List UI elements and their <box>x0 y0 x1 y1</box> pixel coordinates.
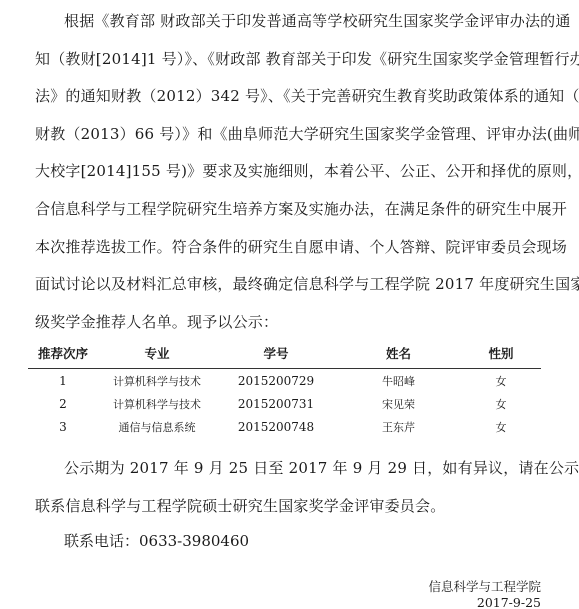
recommendation-table: 推荐次序 专业 学号 姓名 性别 1 计算机科学与技术 2015200729 牛… <box>28 338 541 438</box>
header-gender: 性别 <box>461 338 541 369</box>
cell-rank: 2 <box>28 392 98 415</box>
table-row: 1 计算机科学与技术 2015200729 牛昭峰 女 <box>28 369 541 393</box>
cell-gender: 女 <box>461 369 541 393</box>
intro-line: 合信息科学与工程学院研究生培养方案及实施办法，在满足条件的研究生中展开 <box>35 191 545 229</box>
header-rank: 推荐次序 <box>28 338 98 369</box>
cell-student-id: 2015200729 <box>216 369 336 393</box>
signature-organization: 信息科学与工程学院 <box>428 577 541 595</box>
table-header-row: 推荐次序 专业 学号 姓名 性别 <box>28 338 541 369</box>
intro-line: 本次推荐选拔工作。符合条件的研究生自愿申请、个人答辩、院评审委员会现场 <box>35 229 545 267</box>
cell-name: 牛昭峰 <box>336 369 461 393</box>
cell-gender: 女 <box>461 415 541 438</box>
intro-line: 根据《教育部 财政部关于印发普通高等学校研究生国家奖学金评审办法的通 <box>35 3 545 41</box>
intro-line: 面试讨论以及材料汇总审核，最终确定信息科学与工程学院 2017 年度研究生国家 <box>35 266 545 304</box>
intro-line: 财教（2013）66 号）》和《曲阜师范大学研究生国家奖学金管理、评审办法(曲师 <box>35 116 545 154</box>
cell-major: 计算机科学与技术 <box>98 369 216 393</box>
intro-line: 法》的通知财教（2012）342 号》、《关于完善研究生教育奖助政策体系的通知（… <box>35 78 545 116</box>
intro-line: 大校字[2014]155 号)》要求及实施细则，本着公平、公正、公开和择优的原则… <box>35 153 545 191</box>
contact-phone: 联系电话：0633-3980460 <box>64 530 249 551</box>
cell-rank: 3 <box>28 415 98 438</box>
cell-name: 王东芹 <box>336 415 461 438</box>
intro-paragraph: 根据《教育部 财政部关于印发普通高等学校研究生国家奖学金评审办法的通 知（教财[… <box>35 3 545 341</box>
cell-major: 通信与信息系统 <box>98 415 216 438</box>
table-row: 3 通信与信息系统 2015200748 王东芹 女 <box>28 415 541 438</box>
signature-date: 2017-9-25 <box>477 595 541 609</box>
intro-line: 级奖学金推荐人名单。现予以公示： <box>35 304 545 342</box>
document-page: 根据《教育部 财政部关于印发普通高等学校研究生国家奖学金评审办法的通 知（教财[… <box>0 0 579 609</box>
cell-student-id: 2015200731 <box>216 392 336 415</box>
header-major: 专业 <box>98 338 216 369</box>
header-name: 姓名 <box>336 338 461 369</box>
cell-major: 计算机科学与技术 <box>98 392 216 415</box>
notice-line: 公示期为 2017 年 9 月 25 日至 2017 年 9 月 29 日，如有… <box>35 450 545 488</box>
cell-gender: 女 <box>461 392 541 415</box>
cell-student-id: 2015200748 <box>216 415 336 438</box>
notice-line: 联系信息科学与工程学院硕士研究生国家奖学金评审委员会。 <box>35 488 545 526</box>
header-student-id: 学号 <box>216 338 336 369</box>
intro-line: 知（教财[2014]1 号）》、《财政部 教育部关于印发《研究生国家奖学金管理暂… <box>35 41 545 79</box>
table-row: 2 计算机科学与技术 2015200731 宋见荣 女 <box>28 392 541 415</box>
cell-rank: 1 <box>28 369 98 393</box>
notice-paragraph: 公示期为 2017 年 9 月 25 日至 2017 年 9 月 29 日，如有… <box>35 450 545 525</box>
cell-name: 宋见荣 <box>336 392 461 415</box>
